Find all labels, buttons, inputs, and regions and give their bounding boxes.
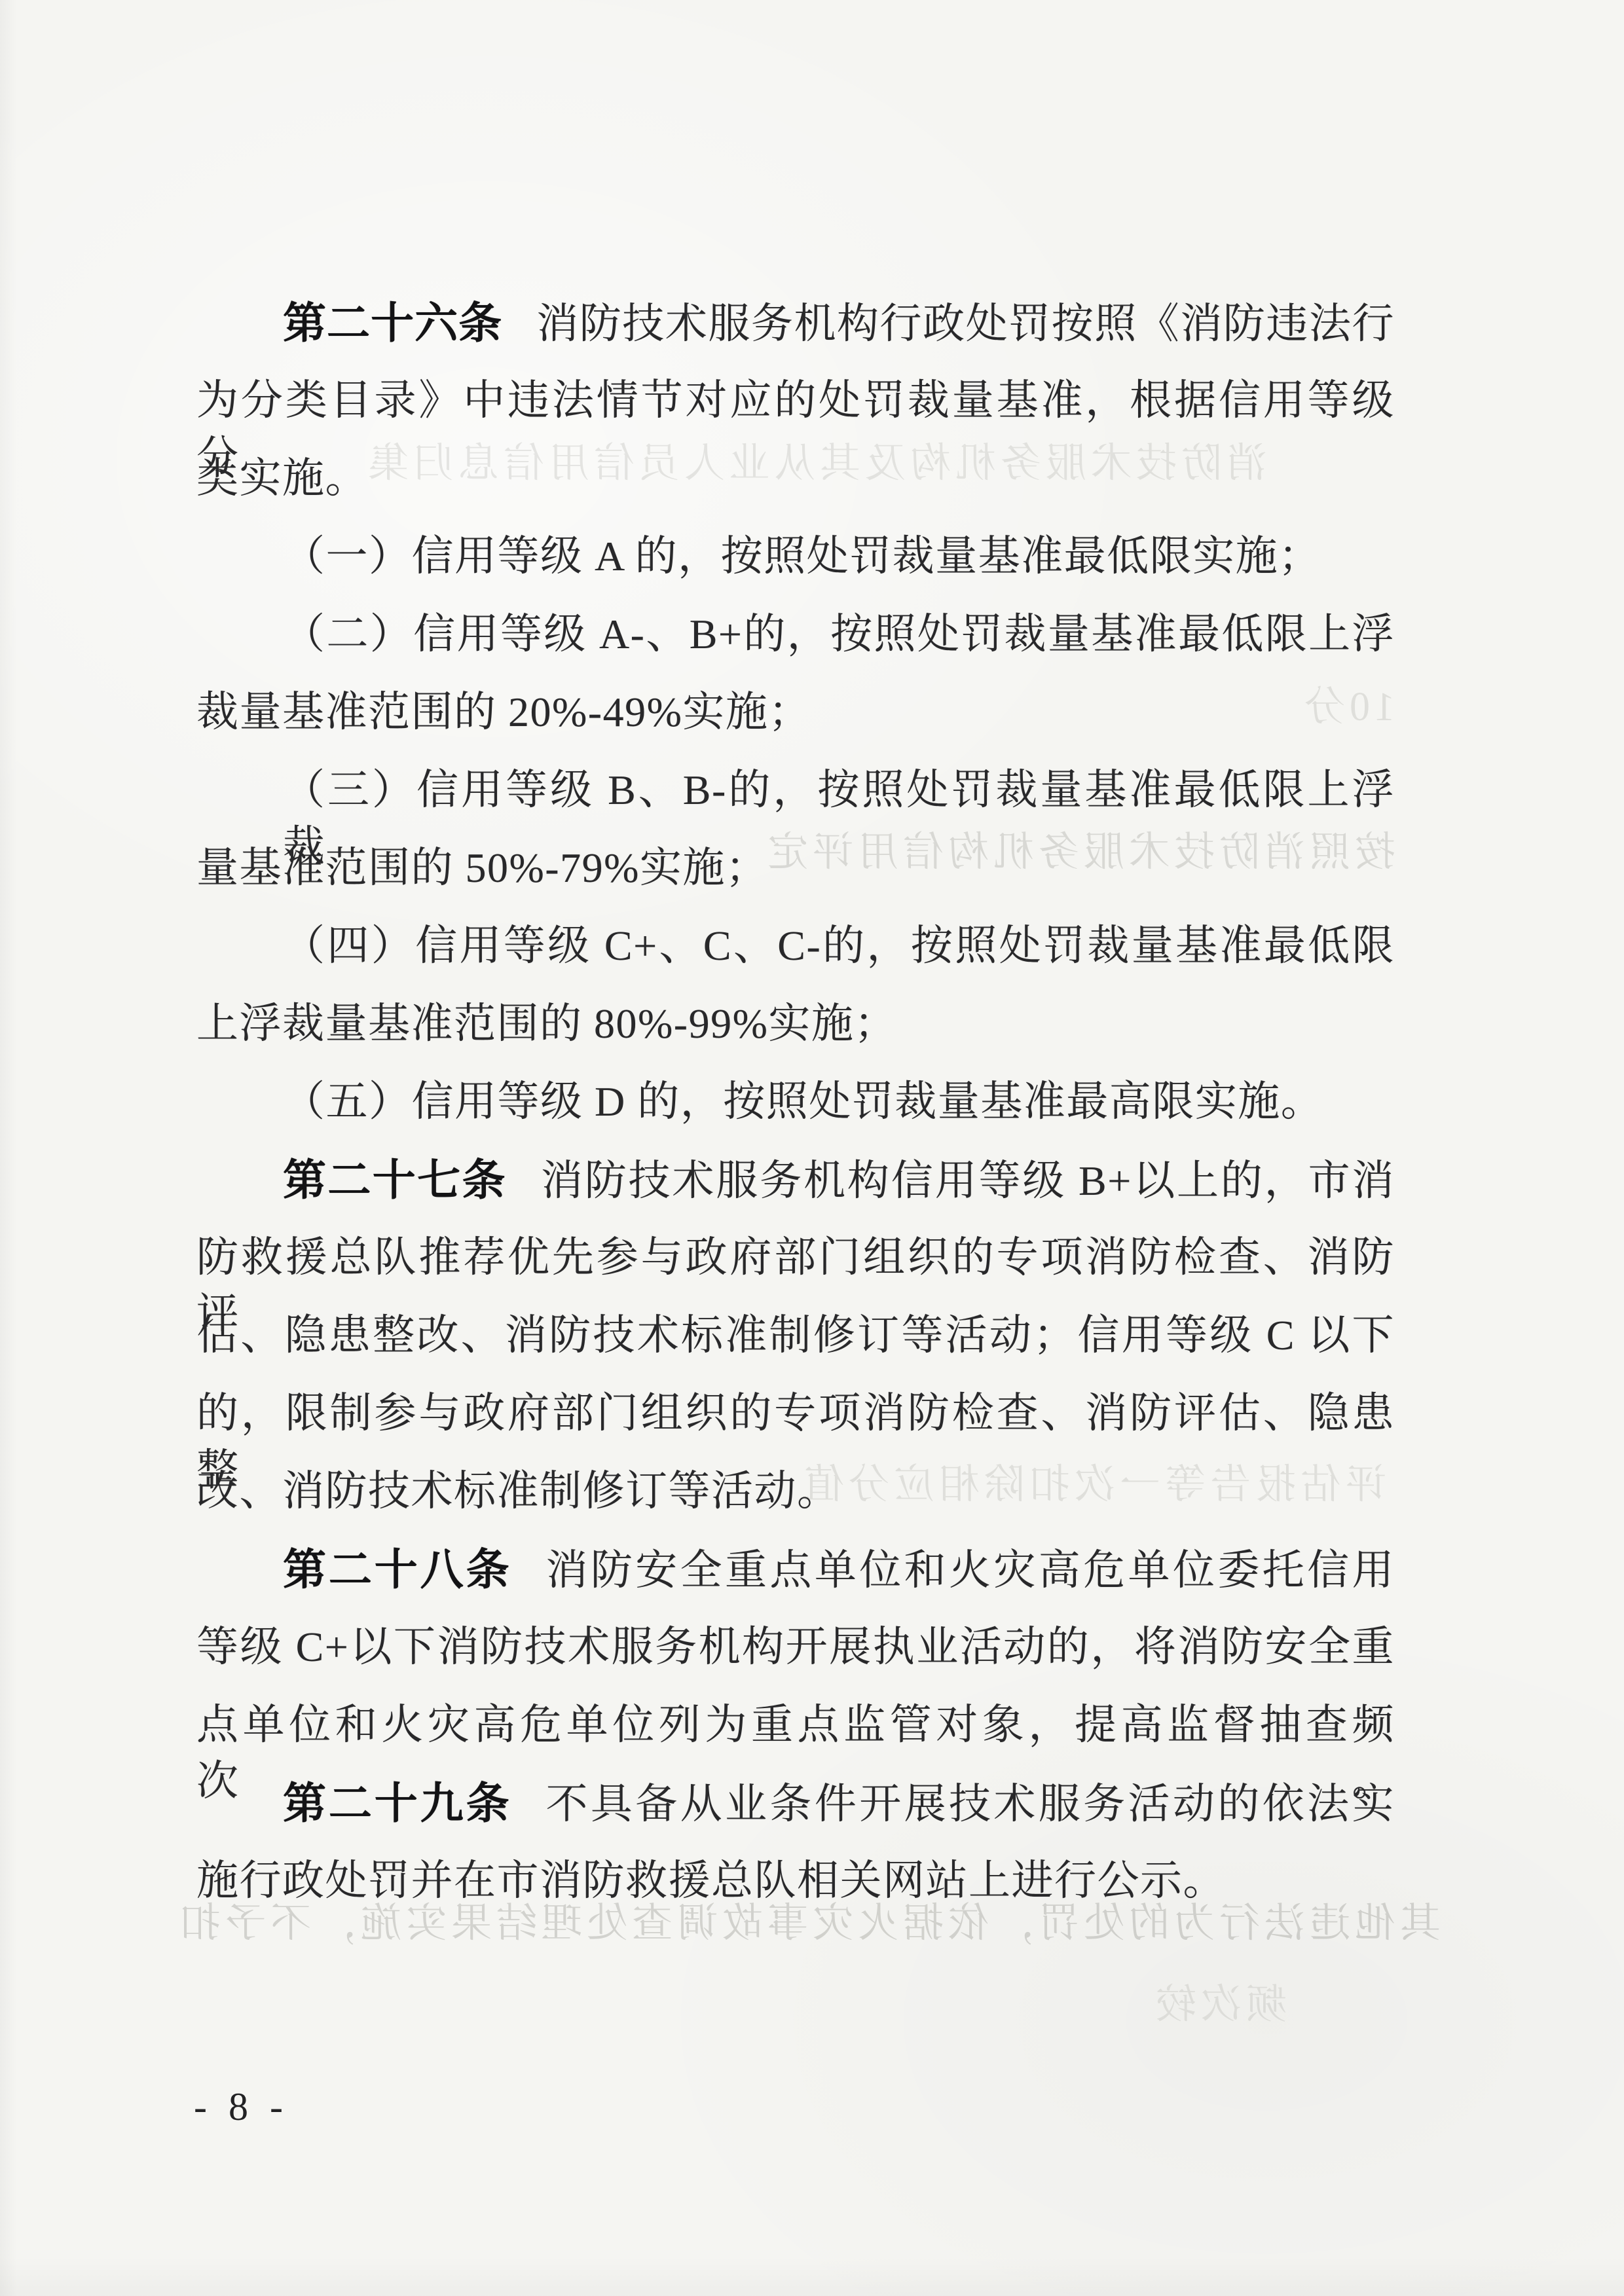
line-text: （二）信用等级 A-、B+的，按照处罚裁量基准最低限上浮 <box>283 611 1395 657</box>
bleedthrough-text: 10分 <box>1300 681 1395 733</box>
text-line: 施行政处罚并在市消防救援总队相关网站上进行公示。 <box>196 1853 1226 1909</box>
text-line-article-29-heading: 第二十九条不具备从业条件开展技术服务活动的依法实 <box>283 1775 1395 1831</box>
line-text: （四）信用等级 C+、C、C-的，按照处罚裁量基准最低限 <box>283 922 1395 969</box>
bleedthrough-text: 评估报告等一次扣除相应分值 <box>799 1459 1386 1511</box>
text-line: 估、隐患整改、消防技术标准制修订等活动；信用等级 C 以下 <box>196 1307 1395 1364</box>
line-text: 等级 C+以下消防技术服务机构开展执业活动的，将消防安全重 <box>196 1624 1395 1670</box>
article-29-number: 第二十九条 <box>283 1779 511 1827</box>
bleedthrough-text: 频次较 <box>1151 1978 1287 2031</box>
line-text: （一）信用等级 A 的，按照处罚裁量基准最低限实施； <box>283 533 1321 579</box>
line-text: 量基准范围的 50%-79%实施； <box>196 845 768 891</box>
line-text: （五）信用等级 D 的，按照处罚裁量基准最高限实施。 <box>283 1078 1323 1125</box>
page-number: - 8 - <box>194 2081 289 2133</box>
text-line-article-28-heading: 第二十八条消防安全重点单位和火灾高危单位委托信用 <box>283 1541 1395 1597</box>
text-line: 点单位和火灾高危单位列为重点监管对象，提高监督抽查频次。 <box>196 1697 1395 1753</box>
text-line: 为分类目录》中违法情节对应的处罚裁量基准，根据信用等级分 <box>196 373 1395 429</box>
text-line: 裁量基准范围的 20%-49%实施； <box>196 684 811 740</box>
bleedthrough-text: 按照消防技术服务机构信用评定 <box>763 826 1395 879</box>
line-text: 消防技术服务机构信用等级 B+以上的，市消 <box>541 1157 1395 1204</box>
line-text: 施行政处罚并在市消防救援总队相关网站上进行公示。 <box>196 1857 1226 1904</box>
text-line: 的，限制参与政府部门组织的专项消防检查、消防评估、隐患整 <box>196 1385 1395 1442</box>
text-line-item-2: （二）信用等级 A-、B+的，按照处罚裁量基准最低限上浮 <box>283 606 1395 663</box>
line-text: 改、消防技术标准制修订等活动。 <box>196 1468 840 1514</box>
line-text: 裁量基准范围的 20%-49%实施； <box>196 689 811 735</box>
bleedthrough-text: 消防技术服务机构及其从业人员信用信息归集 <box>363 437 1267 490</box>
line-text: 不具备从业条件开展技术服务活动的依法实 <box>545 1781 1395 1827</box>
line-text: 为分类目录》中违法情节对应的处罚裁量基准，根据信用等级分 <box>196 377 1395 480</box>
text-line-item-5: （五）信用等级 D 的，按照处罚裁量基准最高限实施。 <box>283 1074 1323 1130</box>
text-line-item-4: （四）信用等级 C+、C、C-的，按照处罚裁量基准最低限 <box>283 918 1395 974</box>
text-line: 上浮裁量基准范围的 80%-99%实施； <box>196 996 897 1052</box>
text-line: 量基准范围的 50%-79%实施； <box>196 840 768 896</box>
line-text: 消防技术服务机构行政处罚按照《消防违法行 <box>536 301 1395 347</box>
page: 消防技术服务机构及其从业人员信用信息归集 10分 按照消防技术服务机构信用评定 … <box>0 0 1624 2296</box>
text-line: 防救援总队推荐优先参与政府部门组织的专项消防检查、消防评 <box>196 1230 1395 1286</box>
text-line-article-27-heading: 第二十七条消防技术服务机构信用等级 B+以上的，市消 <box>283 1152 1395 1208</box>
line-text: 类实施。 <box>196 455 368 501</box>
article-26-number: 第二十六条 <box>283 299 502 347</box>
line-text: 上浮裁量基准范围的 80%-99%实施； <box>196 1000 897 1047</box>
article-28-number: 第二十八条 <box>283 1545 511 1594</box>
text-line-item-1: （一）信用等级 A 的，按照处罚裁量基准最低限实施； <box>283 528 1321 585</box>
text-line: 改、消防技术标准制修订等活动。 <box>196 1463 840 1520</box>
text-line: 类实施。 <box>196 450 368 507</box>
line-text: 消防安全重点单位和火灾高危单位委托信用 <box>545 1547 1395 1594</box>
text-line: 等级 C+以下消防技术服务机构开展执业活动的，将消防安全重 <box>196 1619 1395 1675</box>
line-text: 估、隐患整改、消防技术标准制修订等活动；信用等级 C 以下 <box>196 1312 1395 1358</box>
text-line-article-26-heading: 第二十六条消防技术服务机构行政处罚按照《消防违法行 <box>283 295 1395 351</box>
text-line-item-3: （三）信用等级 B、B-的，按照处罚裁量基准最低限上浮裁 <box>283 762 1395 818</box>
article-27-number: 第二十七条 <box>283 1156 507 1204</box>
